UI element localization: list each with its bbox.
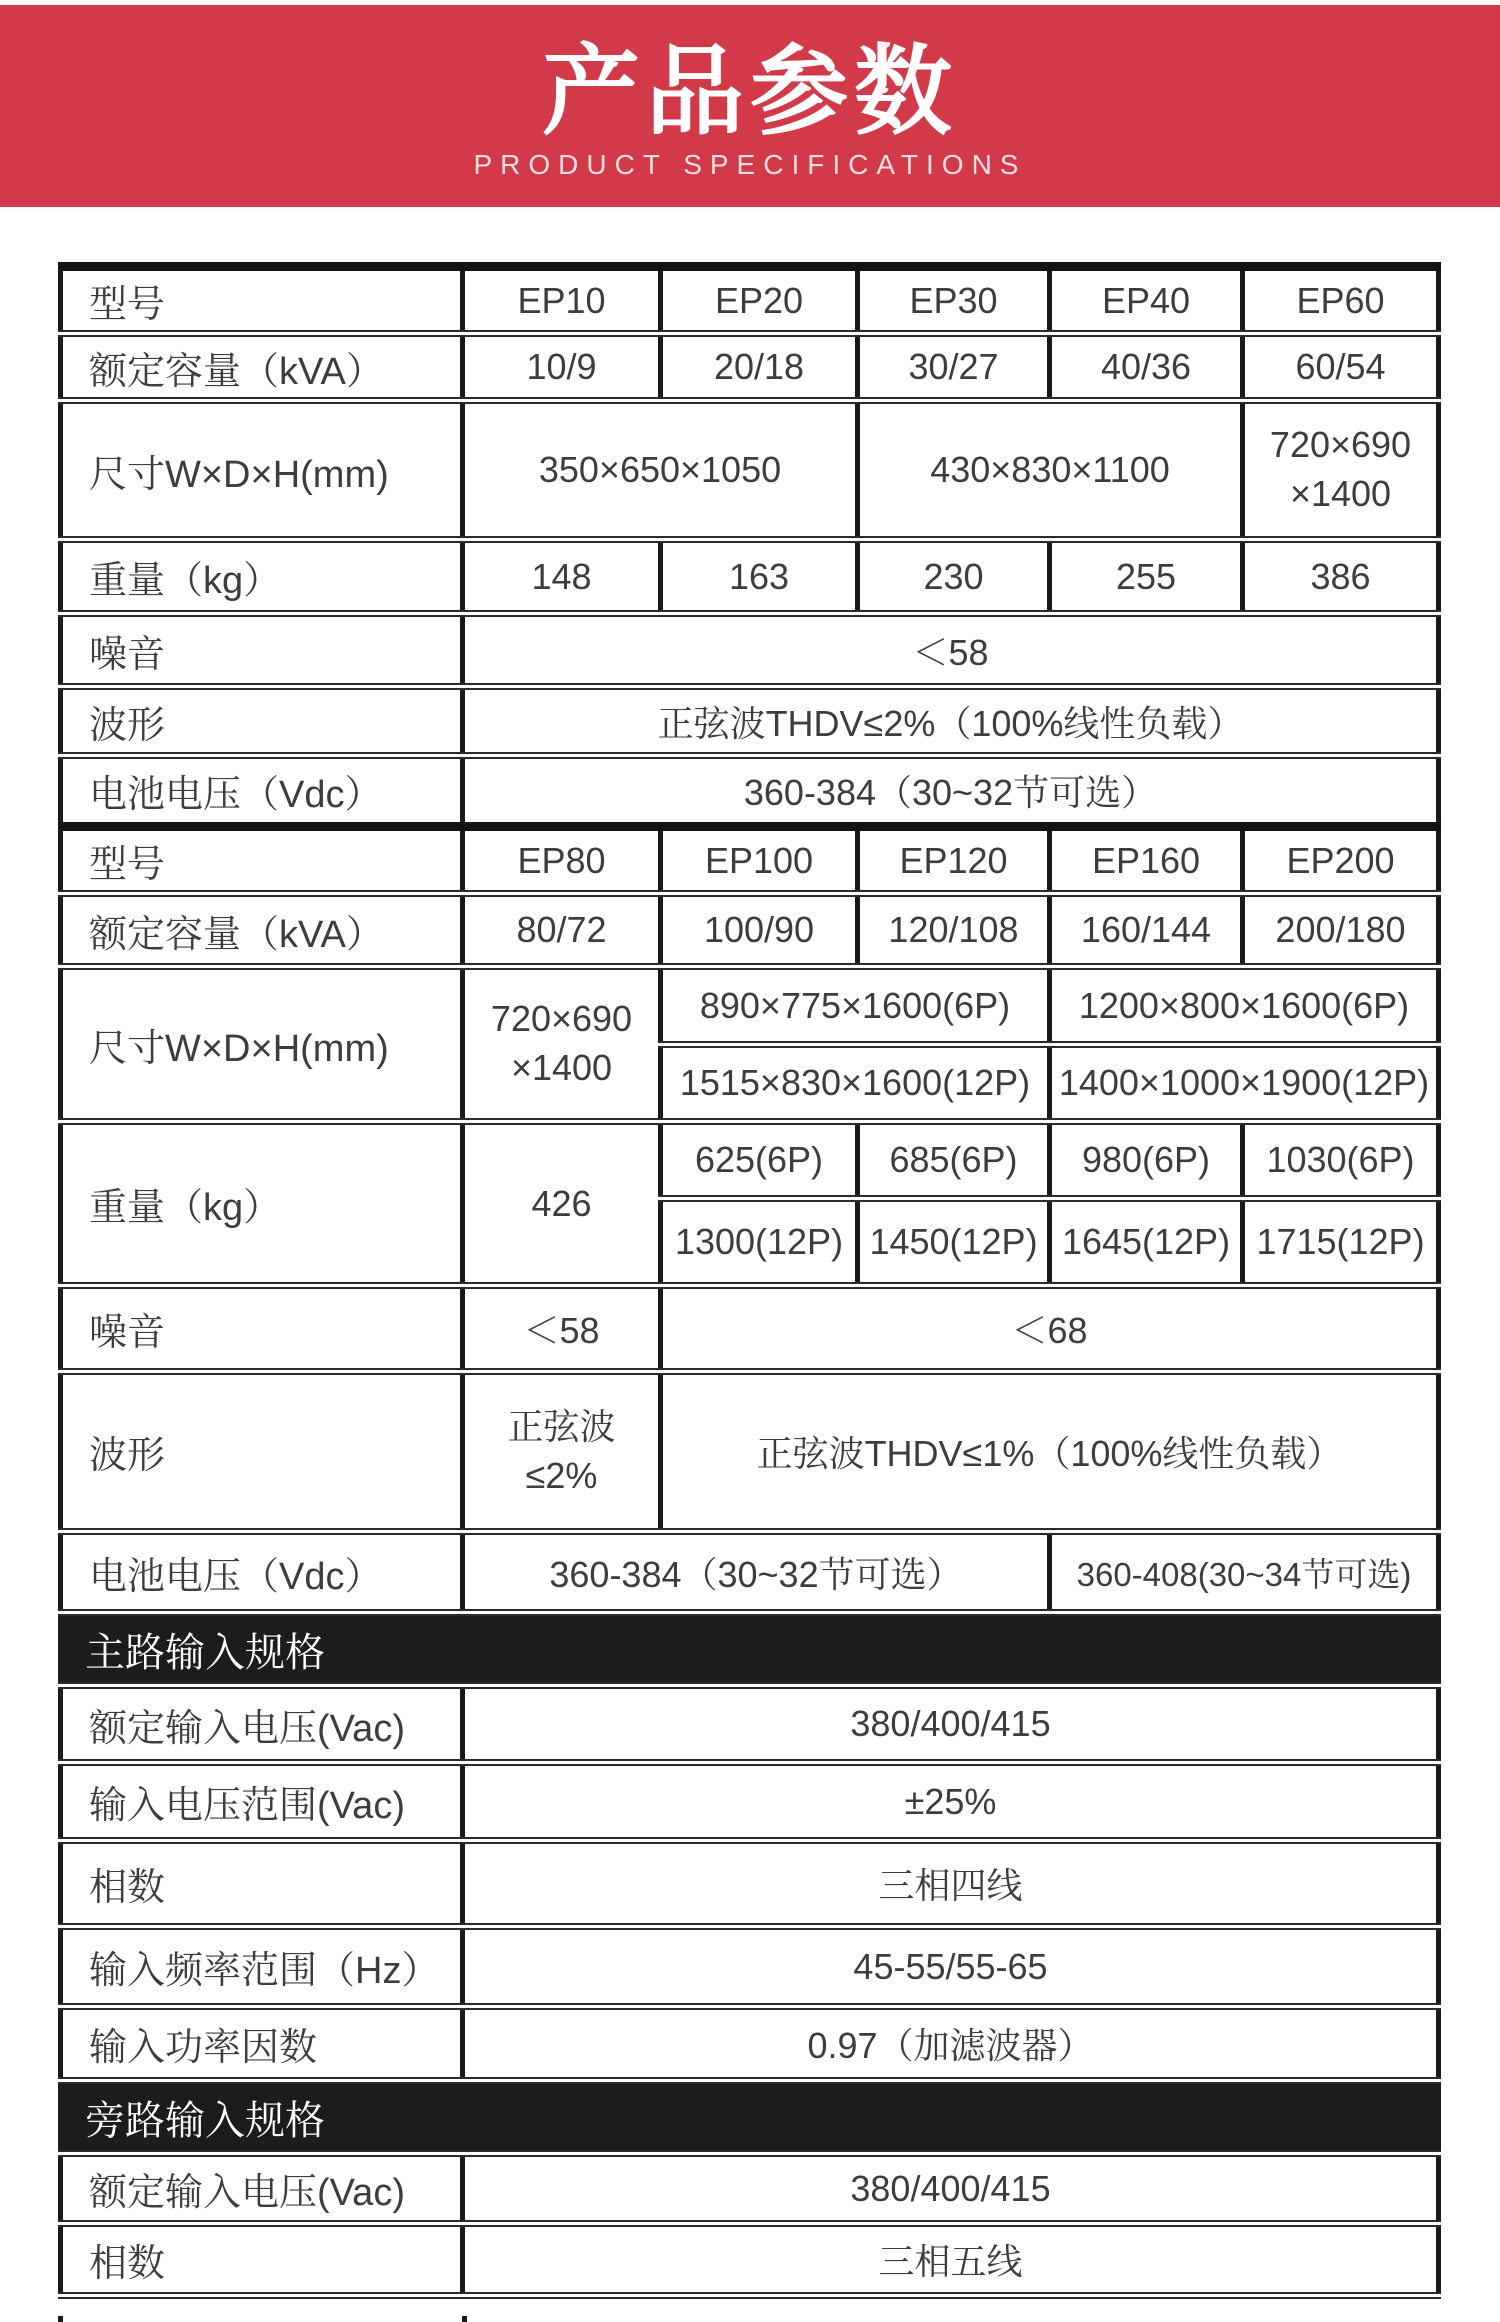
cell-value: 120/108 bbox=[858, 894, 1050, 967]
table-row-weight-1: 重量（kg） 148 163 230 255 386 bbox=[61, 540, 1439, 614]
cell-value: 30/27 bbox=[858, 334, 1050, 401]
cell-value: 正弦波THDV≤2%（100%线性负载） bbox=[463, 687, 1439, 756]
table-row-noise-2: 噪音 ＜58 ＜68 bbox=[61, 1286, 1439, 1372]
cell-value: 100/90 bbox=[661, 894, 858, 967]
spec-table: 型号 EP10 EP20 EP30 EP40 EP60 额定容量（kVA） 10… bbox=[58, 262, 1441, 2299]
cell-model: EP100 bbox=[661, 827, 858, 894]
cell-value: 200/180 bbox=[1243, 894, 1439, 967]
cutoff-divider bbox=[462, 2316, 467, 2322]
page-subtitle: PRODUCT SPECIFICATIONS bbox=[0, 149, 1500, 181]
table-row-battery-1: 电池电压（Vdc） 360-384（30~32节可选） bbox=[61, 756, 1439, 827]
row-label: 尺寸W×D×H(mm) bbox=[61, 401, 463, 540]
table-row-phase-count-bypass: 相数 三相五线 bbox=[61, 2224, 1439, 2296]
cell-model: EP80 bbox=[463, 827, 661, 894]
table-row-capacity-1: 额定容量（kVA） 10/9 20/18 30/27 40/36 60/54 bbox=[61, 334, 1439, 401]
cell-value: 360-384（30~32节可选） bbox=[463, 756, 1439, 827]
cell-value: 980(6P) bbox=[1050, 1122, 1243, 1199]
cell-value: 1200×800×1600(6P) bbox=[1050, 967, 1439, 1045]
cell-value: 380/400/415 bbox=[463, 1686, 1439, 1763]
cell-value: 720×690 ×1400 bbox=[1243, 401, 1439, 540]
cell-model: EP30 bbox=[858, 267, 1050, 334]
table-row-noise-1: 噪音 ＜58 bbox=[61, 614, 1439, 687]
row-label: 波形 bbox=[61, 687, 463, 756]
cell-value: 360-384（30~32节可选） bbox=[463, 1532, 1050, 1613]
cell-value: 1030(6P) bbox=[1243, 1122, 1439, 1199]
table-row-waveform-2: 波形 正弦波 ≤2% 正弦波THDV≤1%（100%线性负载） bbox=[61, 1372, 1439, 1532]
cell-value: 正弦波 ≤2% bbox=[463, 1372, 661, 1532]
row-label: 型号 bbox=[61, 267, 463, 334]
row-label: 噪音 bbox=[61, 1286, 463, 1372]
cell-value: 1645(12P) bbox=[1050, 1199, 1243, 1286]
cell-value: 40/36 bbox=[1050, 334, 1243, 401]
cell-value: 163 bbox=[661, 540, 858, 614]
row-label: 输入电压范围(Vac) bbox=[61, 1763, 463, 1841]
cell-value: 三相四线 bbox=[463, 1841, 1439, 1927]
cell-value: ±25% bbox=[463, 1763, 1439, 1841]
row-label: 波形 bbox=[61, 1372, 463, 1532]
row-label: 型号 bbox=[61, 827, 463, 894]
cell-model: EP200 bbox=[1243, 827, 1439, 894]
cell-value: 890×775×1600(6P) bbox=[661, 967, 1050, 1045]
cell-value: 426 bbox=[463, 1122, 661, 1286]
cell-model: EP10 bbox=[463, 267, 661, 334]
section-title: 主路输入规格 bbox=[61, 1613, 1439, 1686]
cell-value: 386 bbox=[1243, 540, 1439, 614]
cell-value: 20/18 bbox=[661, 334, 858, 401]
cell-value: 1300(12P) bbox=[661, 1199, 858, 1286]
spec-table-container: 型号 EP10 EP20 EP30 EP40 EP60 额定容量（kVA） 10… bbox=[58, 262, 1441, 2299]
spec-sheet-page: 产品参数 PRODUCT SPECIFICATIONS 型号 EP10 EP20… bbox=[0, 0, 1500, 2322]
cell-value: ＜68 bbox=[661, 1286, 1439, 1372]
section-title: 旁路输入规格 bbox=[61, 2081, 1439, 2154]
cell-value: 230 bbox=[858, 540, 1050, 614]
page-title: 产品参数 bbox=[0, 5, 1500, 143]
table-row-input-power-factor: 输入功率因数 0.97（加滤波器） bbox=[61, 2007, 1439, 2081]
cell-value: 430×830×1100 bbox=[858, 401, 1243, 540]
cell-value: 1715(12P) bbox=[1243, 1199, 1439, 1286]
row-label: 电池电压（Vdc） bbox=[61, 1532, 463, 1613]
cell-value: 60/54 bbox=[1243, 334, 1439, 401]
table-row-rated-input-voltage: 额定输入电压(Vac) 380/400/415 bbox=[61, 1686, 1439, 1763]
table-row-input-voltage-range: 输入电压范围(Vac) ±25% bbox=[61, 1763, 1439, 1841]
table-row-dimensions-1: 尺寸W×D×H(mm) 350×650×1050 430×830×1100 72… bbox=[61, 401, 1439, 540]
cell-value: 45-55/55-65 bbox=[463, 1927, 1439, 2007]
cell-value: 正弦波THDV≤1%（100%线性负载） bbox=[661, 1372, 1439, 1532]
cell-value: 255 bbox=[1050, 540, 1243, 614]
cell-model: EP60 bbox=[1243, 267, 1439, 334]
row-label: 重量（kg） bbox=[61, 1122, 463, 1286]
row-label: 尺寸W×D×H(mm) bbox=[61, 967, 463, 1122]
cell-model: EP120 bbox=[858, 827, 1050, 894]
cell-value: 1515×830×1600(12P) bbox=[661, 1045, 1050, 1122]
cell-value: ＜58 bbox=[463, 1286, 661, 1372]
cell-value: 380/400/415 bbox=[463, 2154, 1439, 2224]
cell-value: 160/144 bbox=[1050, 894, 1243, 967]
row-label: 额定输入电压(Vac) bbox=[61, 2154, 463, 2224]
row-label: 相数 bbox=[61, 1841, 463, 1927]
cell-value: 1400×1000×1900(12P) bbox=[1050, 1045, 1439, 1122]
row-label: 电池电压（Vdc） bbox=[61, 756, 463, 827]
cell-value: 625(6P) bbox=[661, 1122, 858, 1199]
section-header-bypass-input: 旁路输入规格 bbox=[61, 2081, 1439, 2154]
cell-value: 685(6P) bbox=[858, 1122, 1050, 1199]
table-row-battery-2: 电池电压（Vdc） 360-384（30~32节可选） 360-408(30~3… bbox=[61, 1532, 1439, 1613]
cell-value: 10/9 bbox=[463, 334, 661, 401]
row-label: 相数 bbox=[61, 2224, 463, 2296]
row-label: 噪音 bbox=[61, 614, 463, 687]
row-label: 额定输入电压(Vac) bbox=[61, 1686, 463, 1763]
table-row-bypass-rated-input-voltage: 额定输入电压(Vac) 380/400/415 bbox=[61, 2154, 1439, 2224]
cell-value: 1450(12P) bbox=[858, 1199, 1050, 1286]
table-row-waveform-1: 波形 正弦波THDV≤2%（100%线性负载） bbox=[61, 687, 1439, 756]
cell-value: 80/72 bbox=[463, 894, 661, 967]
cell-value: 720×690 ×1400 bbox=[463, 967, 661, 1122]
table-row-phase-count-main: 相数 三相四线 bbox=[61, 1841, 1439, 1927]
row-label: 输入频率范围（Hz） bbox=[61, 1927, 463, 2007]
cell-value: ＜58 bbox=[463, 614, 1439, 687]
cell-value: 三相五线 bbox=[463, 2224, 1439, 2296]
banner: 产品参数 PRODUCT SPECIFICATIONS bbox=[0, 5, 1500, 207]
row-label: 额定容量（kVA） bbox=[61, 334, 463, 401]
cell-value: 148 bbox=[463, 540, 661, 614]
cell-value: 360-408(30~34节可选) bbox=[1050, 1532, 1439, 1613]
table-row-input-frequency-range: 输入频率范围（Hz） 45-55/55-65 bbox=[61, 1927, 1439, 2007]
row-label: 额定容量（kVA） bbox=[61, 894, 463, 967]
table-row-model-1: 型号 EP10 EP20 EP30 EP40 EP60 bbox=[61, 267, 1439, 334]
cell-value: 0.97（加滤波器） bbox=[463, 2007, 1439, 2081]
cell-value: 350×650×1050 bbox=[463, 401, 858, 540]
row-label: 重量（kg） bbox=[61, 540, 463, 614]
table-row-weight-2a: 重量（kg） 426 625(6P) 685(6P) 980(6P) 1030(… bbox=[61, 1122, 1439, 1199]
row-label: 输入功率因数 bbox=[61, 2007, 463, 2081]
table-row-model-2: 型号 EP80 EP100 EP120 EP160 EP200 bbox=[61, 827, 1439, 894]
table-row-dimensions-2a: 尺寸W×D×H(mm) 720×690 ×1400 890×775×1600(6… bbox=[61, 967, 1439, 1045]
cell-model: EP40 bbox=[1050, 267, 1243, 334]
section-header-main-input: 主路输入规格 bbox=[61, 1613, 1439, 1686]
table-row-capacity-2: 额定容量（kVA） 80/72 100/90 120/108 160/144 2… bbox=[61, 894, 1439, 967]
cell-model: EP160 bbox=[1050, 827, 1243, 894]
cell-model: EP20 bbox=[661, 267, 858, 334]
cutoff-row-sliver bbox=[58, 2316, 1441, 2322]
